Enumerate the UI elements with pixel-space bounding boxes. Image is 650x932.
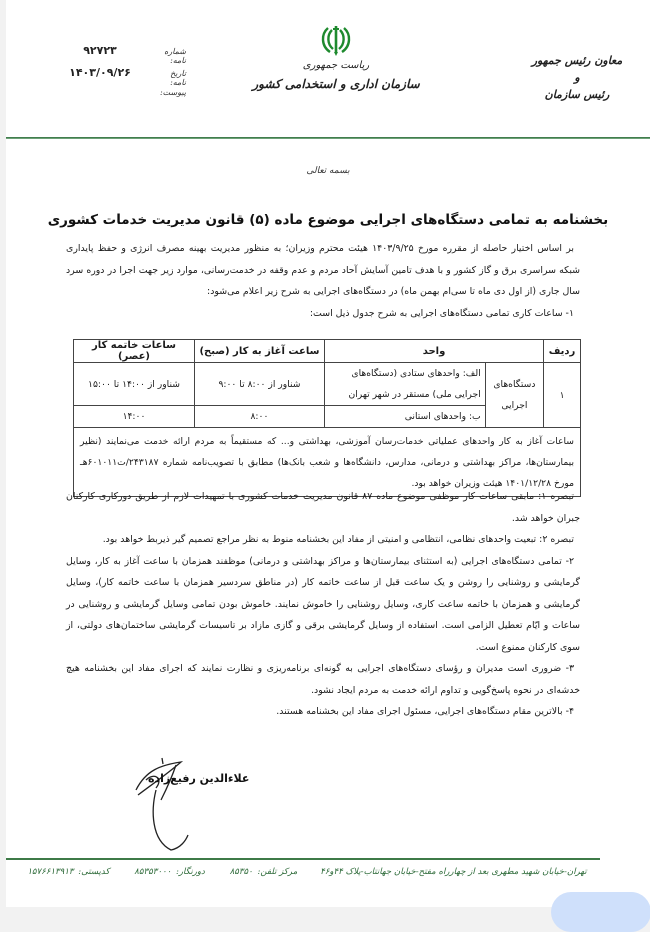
intro-section: بر اساس اختیار حاصله از مقرره مورخ ۱۴۰۳/… <box>66 238 580 324</box>
unit-cell: ب: واحدهای استانی <box>324 406 485 428</box>
col-header-start: ساعت آغاز به کار (صبح) <box>194 340 324 363</box>
working-hours-table: ردیف واحد ساعت آغاز به کار (صبح) ساعات خ… <box>73 339 581 497</box>
footer-address: تهران-خیابان شهید مطهری بعد از چهارراه م… <box>320 867 587 877</box>
note-1: تبصره ۱: مابقی ساعات کار موظفی موضوع ماد… <box>66 486 580 529</box>
row-number: ۱ <box>544 363 581 428</box>
document-title: بخشنامه به تمامی دستگاه‌های اجرایی موضوع… <box>6 212 650 228</box>
end-cell: شناور از ۱۴:۰۰ تا ۱۵:۰۰ <box>74 363 195 406</box>
footer-phone-label: مرکز تلفن: <box>257 867 297 877</box>
letter-page: معاون رئیس جمهور و رئیس سازمان ریاست جمه… <box>6 0 650 907</box>
sender-title: معاون رئیس جمهور و رئیس سازمان <box>522 52 632 103</box>
clause-3: ۳- ضروری است مدیران و رؤسای دستگاه‌های ا… <box>66 658 580 701</box>
letter-number: ۹۲۷۲۳ <box>46 44 154 57</box>
footer-phone-group: مرکز تلفن: ۸۵۳۵۰ <box>225 867 298 877</box>
organization-name: سازمان اداری و استخدامی کشور <box>246 77 426 91</box>
signature-scribble-icon <box>126 750 216 860</box>
letter-number-label: شماره نامه: <box>154 47 186 65</box>
letter-date: ۱۴۰۳/۰۹/۲۶ <box>46 66 154 79</box>
clauses-section: تبصره ۱: مابقی ساعات کار موظفی موضوع ماد… <box>66 486 580 723</box>
footer-postal-label: کدپستی: <box>78 867 109 877</box>
start-cell: ۸:۰۰ <box>194 406 324 428</box>
row-group: دستگاه‌های اجرایی <box>485 363 543 428</box>
footer-divider <box>6 858 600 860</box>
table-header-row: ردیف واحد ساعت آغاز به کار (صبح) ساعات خ… <box>74 340 581 363</box>
clause-1: ۱- ساعات کاری تمامی دستگاه‌های اجرایی به… <box>66 303 580 325</box>
intro-paragraph: بر اساس اختیار حاصله از مقرره مورخ ۱۴۰۳/… <box>66 238 580 303</box>
clause-4: ۴- بالاترین مقام دستگاه‌های اجرایی، مسئو… <box>66 701 580 723</box>
footer-contact: تهران-خیابان شهید مطهری بعد از چهارراه م… <box>6 867 606 877</box>
letter-number-row: شماره نامه: ۹۲۷۲۳ <box>46 44 186 66</box>
letter-meta: شماره نامه: ۹۲۷۲۳ تاریخ نامه: ۱۴۰۳/۰۹/۲۶… <box>46 44 186 110</box>
sender-title-line1: معاون رئیس جمهور <box>522 52 632 69</box>
note-2: تبصره ۲: تبعیت واحدهای نظامی، انتظامی و … <box>66 529 580 551</box>
footer-fax: ۸۵۳۵۳۰۰۰ <box>134 867 171 877</box>
iran-emblem-icon <box>318 22 354 58</box>
overlay-bubble <box>551 892 650 907</box>
letter-date-row: تاریخ نامه: ۱۴۰۳/۰۹/۲۶ <box>46 66 186 88</box>
sender-title-line2: و <box>522 69 632 86</box>
signer-name: علاءالدین رفیع‌زاده <box>148 772 249 785</box>
table-row: ۱ دستگاه‌های اجرایی الف: واحدهای ستادی (… <box>74 363 581 406</box>
bismillah: بسمه تعالی <box>6 166 650 176</box>
letter-date-label: تاریخ نامه: <box>154 69 186 87</box>
footer-phone: ۸۵۳۵۰ <box>230 867 253 877</box>
unit-cell: الف: واحدهای ستادی (دستگاه‌های اجرایی مل… <box>324 363 485 406</box>
header-divider <box>6 137 650 139</box>
footer-postal: ۱۵۷۶۶۱۳۹۱۳ <box>27 867 73 877</box>
attachment-row: پیوست: <box>46 88 186 110</box>
footer-fax-group: دورنگار: ۸۵۳۵۳۰۰۰ <box>130 867 205 877</box>
attachment-label: پیوست: <box>154 88 186 97</box>
sender-title-line3: رئیس سازمان <box>522 86 632 103</box>
end-cell: ۱۴:۰۰ <box>74 406 195 428</box>
col-header-row: ردیف <box>544 340 581 363</box>
organization-logo: ریاست جمهوری سازمان اداری و استخدامی کشو… <box>246 22 426 91</box>
presidency-label: ریاست جمهوری <box>246 60 426 71</box>
letterhead: معاون رئیس جمهور و رئیس سازمان ریاست جمه… <box>6 0 650 140</box>
footer-fax-label: دورنگار: <box>176 867 205 877</box>
col-header-unit: واحد <box>324 340 543 363</box>
footer-postal-group: کدپستی: ۱۵۷۶۶۱۳۹۱۳ <box>25 867 109 877</box>
start-cell: شناور از ۸:۰۰ تا ۹:۰۰ <box>194 363 324 406</box>
signature-block: علاءالدین رفیع‌زاده <box>126 750 276 860</box>
col-header-end: ساعات خاتمه کار (عصر) <box>74 340 195 363</box>
clause-2: ۲- تمامی دستگاه‌های اجرایی (به استثنای ب… <box>66 551 580 659</box>
